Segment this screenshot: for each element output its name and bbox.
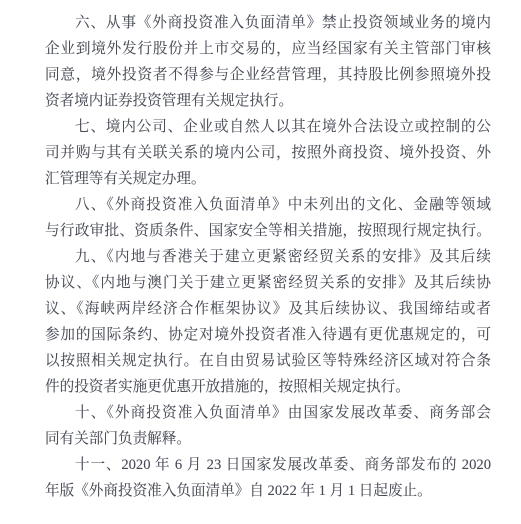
text-line: 年版《外商投资准入负面清单》自 2022 年 1 月 1 日起废止。 [45,478,491,504]
text-line: 七、境内公司、企业或自然人以其在境外合法设立或控制的公 [45,114,491,140]
text-line: 企业到境外发行股份并上市交易的，应当经国家有关主管部门审核 [45,36,491,62]
text-line: 与行政审批、资质条件、国家安全等相关措施，按照现行规定执行。 [45,218,491,244]
text-line: 汇管理等有关规定办理。 [45,166,491,192]
text-line: 参加的国际条约、协定对境外投资者准入待遇有更优惠规定的，可 [45,322,491,348]
paragraph-clause-7: 七、境内公司、企业或自然人以其在境外合法设立或控制的公 司并购与其有关联关系的境… [45,114,491,192]
text-line: 八、《外商投资准入负面清单》中未列出的文化、金融等领域 [45,192,491,218]
paragraph-clause-10: 十、《外商投资准入负面清单》由国家发展改革委、商务部会 同有关部门负责解释。 [45,400,491,452]
text-line: 同有关部门负责解释。 [45,426,491,452]
text-line: 协议、《内地与澳门关于建立更紧密经贸关系的安排》及其后续协 [45,270,491,296]
paragraph-clause-11: 十一、2020 年 6 月 23 日国家发展改革委、商务部发布的 2020 年版… [45,452,491,504]
document-page: 六、从事《外商投资准入负面清单》禁止投资领域业务的境内 企业到境外发行股份并上市… [0,0,521,524]
paragraph-clause-6: 六、从事《外商投资准入负面清单》禁止投资领域业务的境内 企业到境外发行股份并上市… [45,10,491,114]
text-line: 九、《内地与香港关于建立更紧密经贸关系的安排》及其后续 [45,244,491,270]
text-line: 十、《外商投资准入负面清单》由国家发展改革委、商务部会 [45,400,491,426]
text-line: 资者境内证券投资管理有关规定执行。 [45,88,491,114]
text-line: 司并购与其有关联关系的境内公司，按照外商投资、境外投资、外 [45,140,491,166]
text-line: 议、《海峡两岸经济合作框架协议》及其后续协议、我国缔结或者 [45,296,491,322]
text-line: 同意，境外投资者不得参与企业经营管理，其持股比例参照境外投 [45,62,491,88]
paragraph-clause-9: 九、《内地与香港关于建立更紧密经贸关系的安排》及其后续 协议、《内地与澳门关于建… [45,244,491,400]
text-line: 六、从事《外商投资准入负面清单》禁止投资领域业务的境内 [45,10,491,36]
text-line: 件的投资者实施更优惠开放措施的，按照相关规定执行。 [45,374,491,400]
text-line: 以按照相关规定执行。在自由贸易试验区等特殊经济区域对符合条 [45,348,491,374]
text-line: 十一、2020 年 6 月 23 日国家发展改革委、商务部发布的 2020 [45,452,491,478]
paragraph-clause-8: 八、《外商投资准入负面清单》中未列出的文化、金融等领域 与行政审批、资质条件、国… [45,192,491,244]
